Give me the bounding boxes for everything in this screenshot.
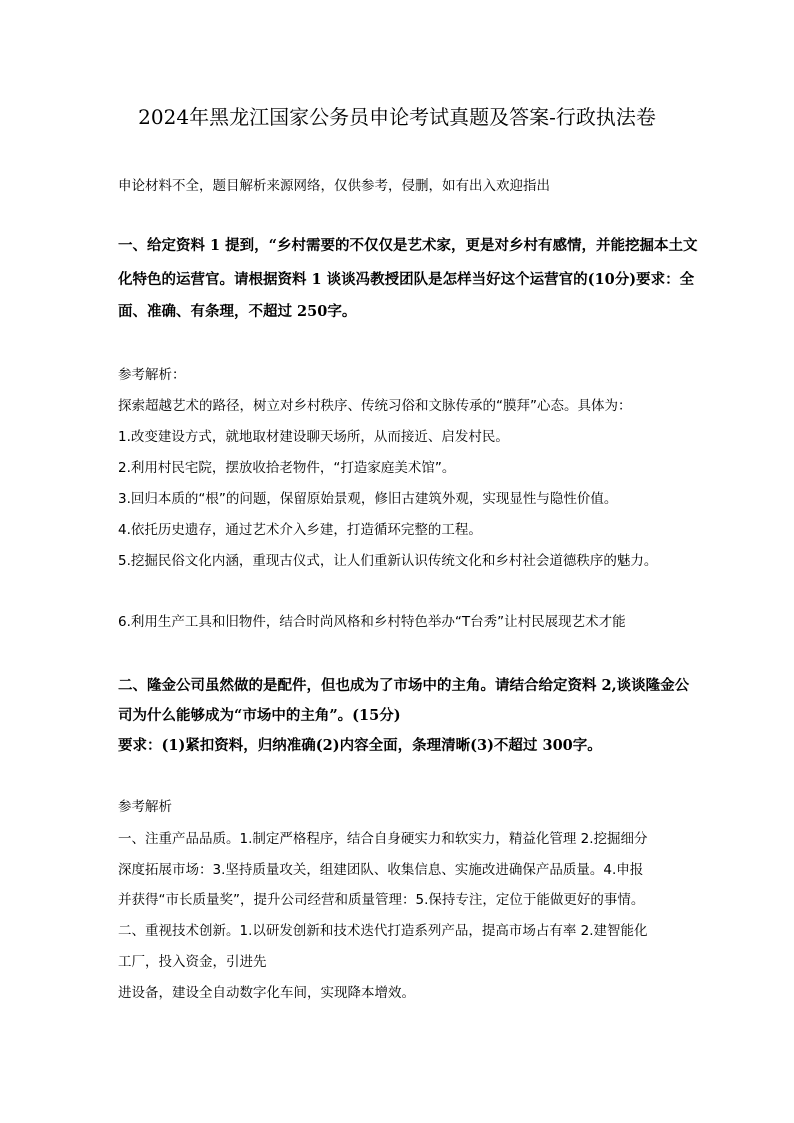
answer-1-line: 4.依托历史遗存，通过艺术介入乡建，打造循环完整的工程。 bbox=[118, 520, 678, 540]
document-title: 2024年黑龙江国家公务员申论考试真题及答案-行政执法卷 bbox=[0, 102, 794, 132]
notice-text: 申论材料不全，题目解析来源网络，仅供参考，侵删，如有出入欢迎指出 bbox=[118, 176, 678, 196]
answer-2-line: 深度拓展市场：3.坚持质量攻关，组建团队、收集信息、实施改进确保产品质量。4.申… bbox=[118, 860, 678, 880]
answer-2-line: 并获得“市长质量奖”，提升公司经营和质量管理：5.保持专注，定位于能做更好的事情… bbox=[118, 890, 678, 910]
question-1-line: 一、给定资料 1 提到，“乡村需要的不仅仅是艺术家，更是对乡村有感情，并能挖掘本… bbox=[118, 236, 678, 256]
answer-2-line: 进设备，建设全自动数字化车间，实现降本增效。 bbox=[118, 983, 678, 1003]
answer-1-line: 3.回归本质的“根”的问题，保留原始景观，修旧古建筑外观，实现显性与隐性价值。 bbox=[118, 489, 678, 509]
answer-1-line: 探索超越艺术的路径，树立对乡村秩序、传统习俗和文脉传承的“膜拜”心态。具体为： bbox=[118, 396, 678, 416]
answer-1-line: 2.利用村民宅院，摆放收拾老物件，“打造家庭美术馆”。 bbox=[118, 458, 678, 478]
answer-1-line: 6.利用生产工具和旧物件，结合时尚风格和乡村特色举办“T台秀”让村民展现艺术才能 bbox=[118, 612, 678, 632]
analysis-label-2: 参考解析 bbox=[118, 797, 678, 817]
analysis-label-1: 参考解析： bbox=[118, 365, 678, 385]
answer-1-line: 5.挖掘民俗文化内涵，重现古仪式，让人们重新认识传统文化和乡村社会道德秩序的魅力… bbox=[118, 551, 678, 571]
document-page: 2024年黑龙江国家公务员申论考试真题及答案-行政执法卷 申论材料不全，题目解析… bbox=[0, 0, 794, 1123]
question-2-line: 要求：(1)紧扣资料，归纳准确(2)内容全面，条理清晰(3)不超过 300字。 bbox=[118, 736, 678, 756]
answer-2-line: 二、重视技术创新。1.以研发创新和技术迭代打造系列产品，提高市场占有率 2.建智… bbox=[118, 921, 678, 941]
question-1-line: 面、准确、有条理，不超过 250字。 bbox=[118, 302, 678, 322]
answer-1-line: 1.改变建设方式，就地取材建设聊天场所，从而接近、启发村民。 bbox=[118, 427, 678, 447]
question-2-line: 二、隆金公司虽然做的是配件，但也成为了市场中的主角。请结合给定资料 2,谈谈隆金… bbox=[118, 676, 678, 696]
question-2-line: 司为什么能够成为“市场中的主角”。(15分) bbox=[118, 706, 678, 726]
answer-2-line: 一、注重产品品质。1.制定严格程序，结合自身硬实力和软实力，精益化管理 2.挖掘… bbox=[118, 829, 678, 849]
answer-2-line: 工厂，投入资金，引进先 bbox=[118, 952, 678, 972]
question-1-line: 化特色的运营官。请根据资料 1 谈谈冯教授团队是怎样当好这个运营官的(10分)要… bbox=[118, 270, 678, 290]
